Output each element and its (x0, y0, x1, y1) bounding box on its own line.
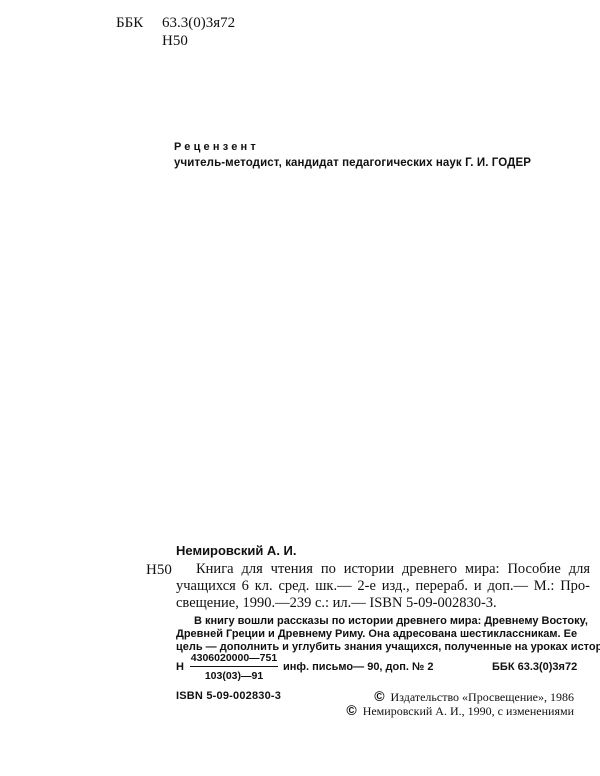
index-numerator: 4306020000—751 (190, 652, 278, 667)
index-letter: Н (176, 661, 184, 673)
reviewer-text: учитель-методист, кандидат педагогически… (174, 157, 531, 169)
bbk-label: ББК (116, 15, 162, 32)
bbk-classification-top: ББК63.3(0)3я72 (116, 15, 235, 32)
catalog-author-mark: Н50 (146, 562, 172, 579)
index-fraction: 4306020000—751 103(03)—91 (190, 652, 278, 682)
author-mark-top: Н50 (162, 33, 188, 50)
reviewer-heading: Рецензент (174, 141, 259, 153)
index-info: инф. письмо— 90, доп. № 2 (283, 661, 433, 673)
isbn: ISBN 5-09-002830-3 (176, 690, 281, 702)
bbk-code: 63.3(0)3я72 (162, 15, 235, 31)
bbk-classification-bottom: ББК 63.3(0)3я72 (492, 661, 577, 673)
copyright-icon: © (346, 702, 356, 718)
catalog-description-line: свещение, 1990.—239 с.: ил.— ISBN 5-09-0… (176, 595, 590, 612)
catalog-author: Немировский А. И. (176, 543, 297, 558)
index-denominator: 103(03)—91 (190, 667, 278, 682)
catalog-description-line: Книга для чтения по истории древнего мир… (196, 561, 590, 578)
catalog-description-line: учащихся 6 кл. сред. шк.— 2-е изд., пере… (176, 578, 590, 595)
copyright-author: ©Немировский А. И., 1990, с изменениями (346, 702, 574, 719)
catalog-annotation-line: Древней Греции и Древнему Риму. Она адре… (176, 628, 572, 640)
copyright-text: Немировский А. И., 1990, с изменениями (363, 704, 574, 718)
catalog-annotation-line: В книгу вошли рассказы по истории древне… (194, 615, 572, 627)
